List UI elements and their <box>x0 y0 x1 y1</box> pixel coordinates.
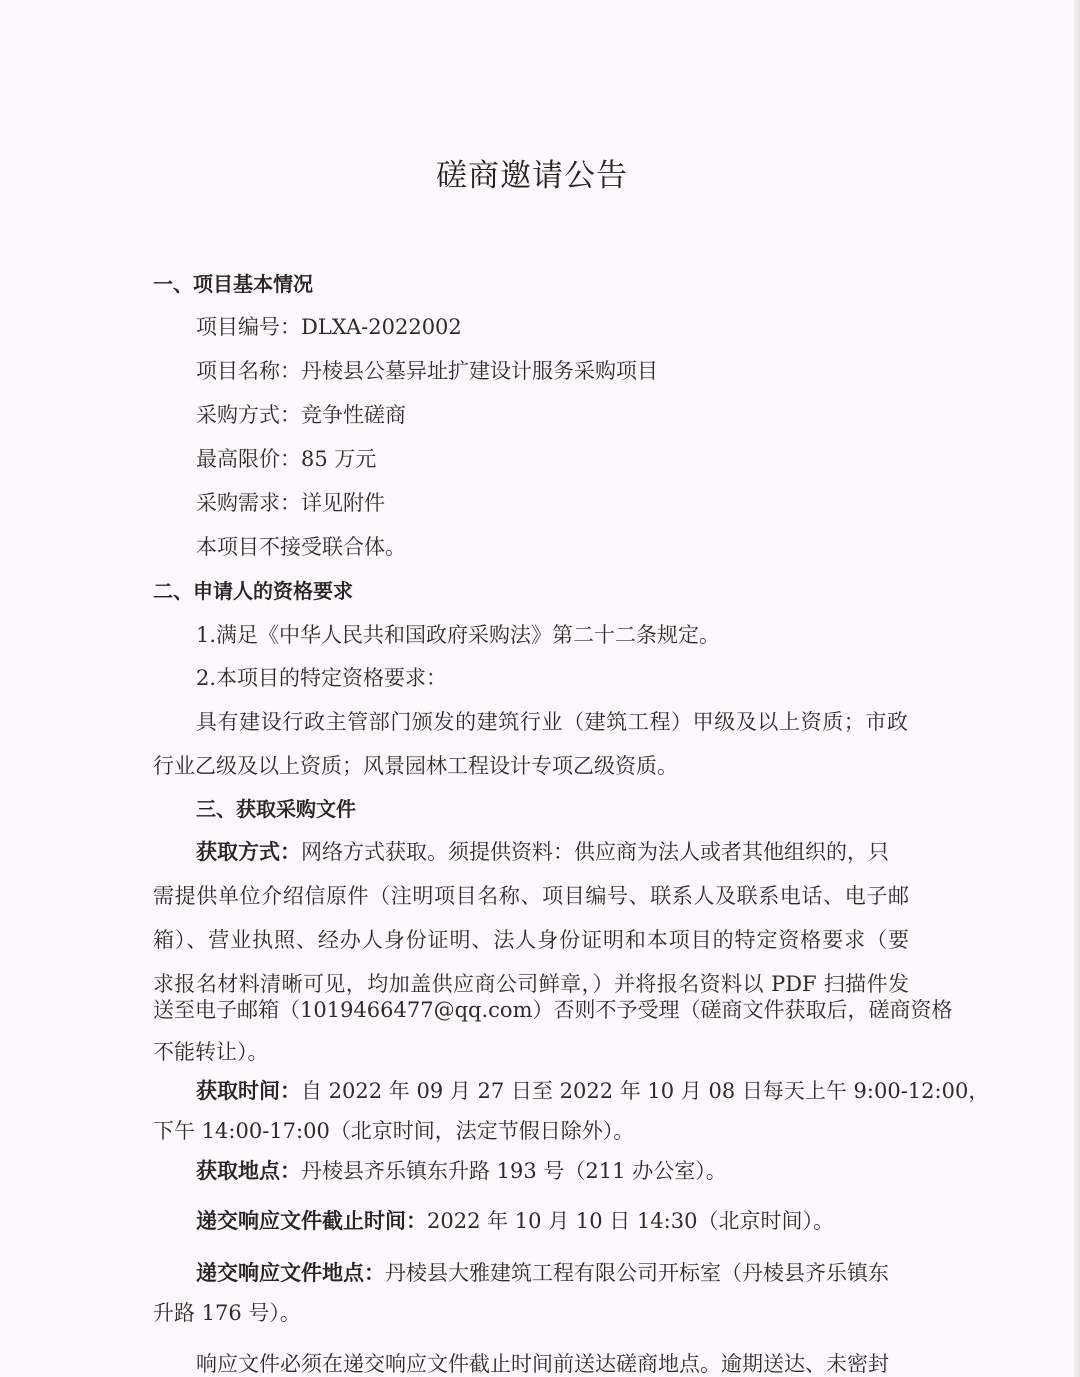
submission-note-line-1: 响应文件必须在递交响应文件截止时间前送达磋商地点。逾期送达、未密封 <box>196 1350 889 1377</box>
procurement-method: 采购方式：竞争性磋商 <box>196 401 406 429</box>
submission-location-text: 丹棱县大雅建筑工程有限公司开标室（丹棱县齐乐镇东 <box>385 1261 889 1285</box>
acquisition-place-label: 获取地点： <box>196 1159 301 1183</box>
procurement-requirements: 采购需求：详见附件 <box>196 489 385 517</box>
section-2-heading: 二、申请人的资格要求 <box>153 577 353 605</box>
project-name: 项目名称：丹棱县公墓异址扩建设计服务采购项目 <box>196 357 658 385</box>
acquisition-time-line-2: 下午 14:00-17:00（北京时间，法定节假日除外）。 <box>153 1117 634 1145</box>
acquisition-place-text: 丹棱县齐乐镇东升路 193 号（211 办公室）。 <box>301 1159 727 1183</box>
no-consortium-note: 本项目不接受联合体。 <box>196 533 406 561</box>
acquisition-method-line-4: 求报名材料清晰可见，均加盖供应商公司鲜章，）并将报名资料以 PDF 扫描件发 <box>153 970 909 998</box>
qualification-item-2: 2.本项目的特定资格要求： <box>196 664 447 692</box>
acquisition-time-line-1: 获取时间：自 2022 年 09 月 27 日至 2022 年 10 月 08 … <box>196 1077 989 1105</box>
submission-deadline: 递交响应文件截止时间：2022 年 10 月 10 日 14:30（北京时间）。 <box>196 1207 834 1235</box>
acquisition-method-line-2: 需提供单位介绍信原件（注明项目名称、项目编号、联系人及联系电话、电子邮 <box>153 882 909 910</box>
qualification-detail-line-2: 行业乙级及以上资质；风景园林工程设计专项乙级资质。 <box>153 752 678 780</box>
qualification-item-1: 1.满足《中华人民共和国政府采购法》第二十二条规定。 <box>196 621 720 649</box>
section-3-heading: 三、获取采购文件 <box>196 795 356 823</box>
document-title: 磋商邀请公告 <box>0 150 1064 195</box>
acquisition-method-line-1: 获取方式：网络方式获取。须提供资料：供应商为法人或者其他组织的，只 <box>196 838 908 866</box>
submission-location-label: 递交响应文件地点： <box>196 1261 385 1285</box>
submission-location-line-1: 递交响应文件地点：丹棱县大雅建筑工程有限公司开标室（丹棱县齐乐镇东 <box>196 1259 889 1287</box>
submission-deadline-label: 递交响应文件截止时间： <box>196 1209 427 1233</box>
section-1-heading: 一、项目基本情况 <box>153 270 313 298</box>
submission-location-line-2: 升路 176 号）。 <box>153 1299 301 1327</box>
acquisition-time-text: 自 2022 年 09 月 27 日至 2022 年 10 月 08 日每天上午… <box>301 1079 989 1103</box>
project-number: 项目编号：DLXA-2022002 <box>196 313 462 341</box>
page-edge <box>1074 0 1080 1377</box>
max-price: 最高限价：85 万元 <box>196 445 376 473</box>
submission-deadline-text: 2022 年 10 月 10 日 14:30（北京时间）。 <box>427 1209 834 1233</box>
acquisition-method-line-3: 箱）、营业执照、经办人身份证明、法人身份证明和本项目的特定资格要求（要 <box>153 926 909 954</box>
acquisition-method-label: 获取方式： <box>196 840 301 864</box>
acquisition-time-label: 获取时间： <box>196 1079 301 1103</box>
qualification-detail-line-1: 具有建设行政主管部门颁发的建筑行业（建筑工程）甲级及以上资质；市政 <box>196 708 908 736</box>
acquisition-place: 获取地点：丹棱县齐乐镇东升路 193 号（211 办公室）。 <box>196 1157 727 1185</box>
acquisition-method-line-5: 送至电子邮箱（1019466477@qq.com）否则不予受理（磋商文件获取后，… <box>153 996 909 1024</box>
acquisition-method-text: 网络方式获取。须提供资料：供应商为法人或者其他组织的，只 <box>301 840 889 864</box>
acquisition-method-line-6: 不能转让）。 <box>153 1038 269 1066</box>
